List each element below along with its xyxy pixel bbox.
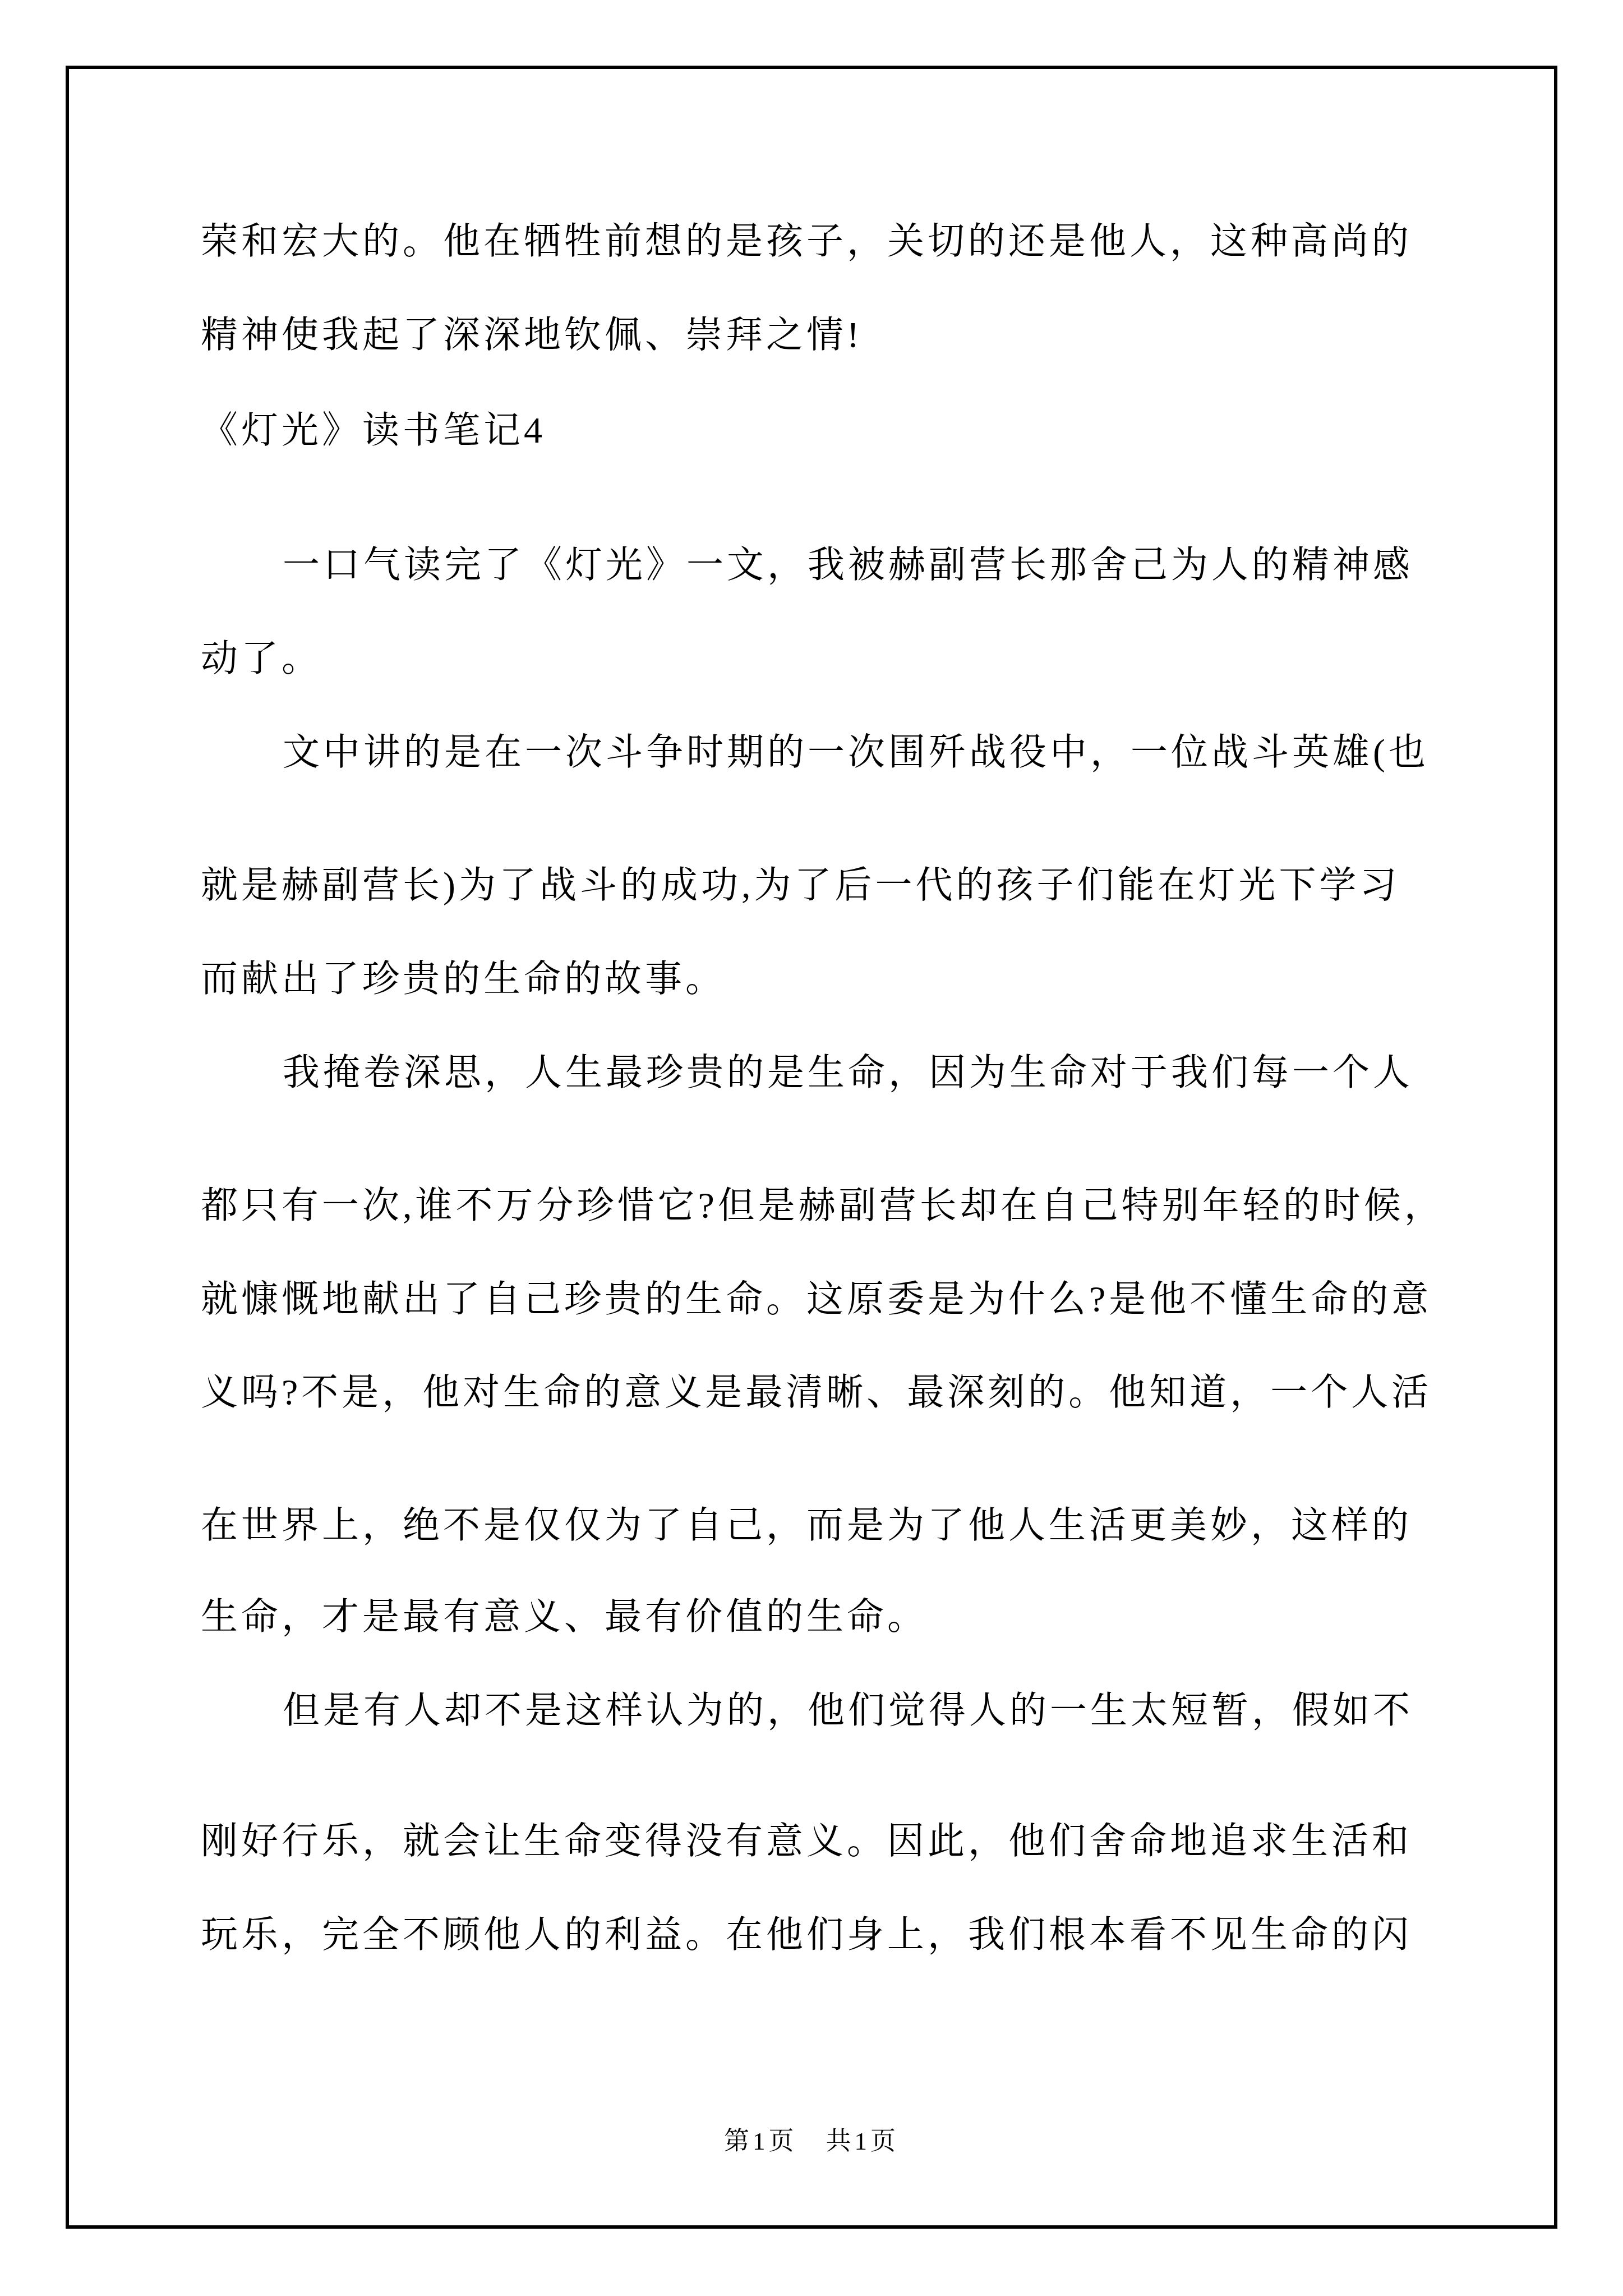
document-page: 荣和宏大的。他在牺牲前想的是孩子，关切的还是他人，这种高尚的 精神使我起了深深地… [0, 0, 1623, 2296]
text-line: 在世界上，绝不是仅仅为了自己，而是为了他人生活更美妙，这样的 [201, 1507, 1412, 1544]
text-line: 生命，才是最有意义、最有价值的生命。 [201, 1599, 928, 1636]
text-line: 精神使我起了深深地钦佩、崇拜之情! [201, 317, 863, 354]
page-border [66, 66, 1557, 2229]
text-line: 玩乐，完全不顾他人的利益。在他们身上，我们根本看不见生命的闪 [201, 1917, 1412, 1954]
text-line: 就是赫副营长)为了战斗的成功,为了后一代的孩子们能在灯光下学习 [201, 867, 1400, 904]
text-line: 而献出了珍贵的生命的故事。 [201, 961, 726, 998]
text-line: 我掩卷深思，人生最珍贵的是生命，因为生命对于我们每一个人 [201, 1055, 1413, 1092]
text-line: 都只有一次,谁不万分珍惜它?但是赫副营长却在自己特别年轻的时候， [201, 1188, 1445, 1225]
text-line: 刚好行乐，就会让生命变得没有意义。因此，他们舍命地追求生活和 [201, 1823, 1412, 1860]
text-line: 荣和宏大的。他在牺牲前想的是孩子，关切的还是他人，这种高尚的 [201, 223, 1412, 260]
text-line: 文中讲的是在一次斗争时期的一次围歼战役中，一位战斗英雄(也 [201, 734, 1429, 771]
document-title-line: 《灯光》读书笔记4 [201, 412, 546, 449]
text-line: 一口气读完了《灯光》一文，我被赫副营长那舍己为人的精神感 [201, 547, 1413, 584]
text-line: 但是有人却不是这样认为的，他们觉得人的一生太短暂，假如不 [201, 1692, 1413, 1729]
text-line: 就慷慨地献出了自己珍贵的生命。这原委是为什么?是他不懂生命的意 [201, 1281, 1432, 1318]
page-footer: 第1页 共1页 [0, 2127, 1623, 2155]
text-line: 义吗?不是，他对生命的意义是最清晰、最深刻的。他知道，一个人活 [201, 1374, 1432, 1411]
text-line: 动了。 [201, 641, 322, 678]
